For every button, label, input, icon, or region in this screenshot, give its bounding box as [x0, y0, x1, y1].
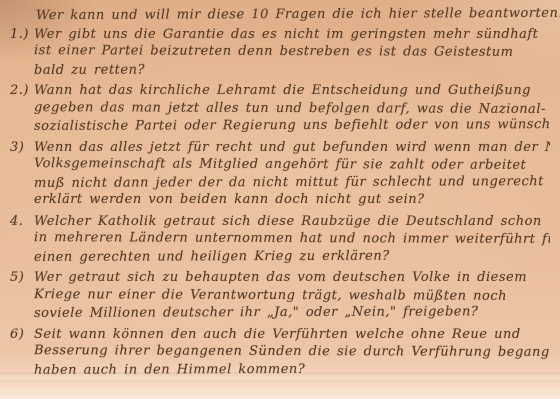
question-line: Welcher Katholik getraut sich diese Raub…: [34, 213, 550, 231]
question-line: Kriege nur einer die Verantwortung trägt…: [34, 286, 550, 305]
question-number: 2.): [8, 82, 34, 100]
question-number: 5): [8, 269, 34, 287]
question-item-6: 6) Seit wann können den auch die Verführ…: [8, 326, 550, 379]
question-line: bald zu retten?: [34, 60, 550, 79]
title-line: Wer kann und will mir diese 10 Fragen di…: [36, 5, 550, 25]
question-text: Wenn das alles jetzt für recht und gut b…: [34, 139, 550, 209]
question-line: Wer getraut sich zu behaupten das vom de…: [34, 269, 550, 287]
question-number: 3): [8, 139, 34, 157]
question-item-2: 2.) Wann hat das kirchliche Lehramt die …: [8, 82, 550, 135]
question-text: Seit wann können den auch die Verführten…: [34, 326, 550, 379]
question-line: Wer gibt uns die Garantie das es nicht i…: [34, 26, 550, 44]
question-line: ist einer Partei beizutreten denn bestre…: [34, 42, 550, 61]
question-line: Wenn das alles jetzt für recht und gut b…: [34, 139, 550, 157]
question-item-5: 5) Wer getraut sich zu behaupten das vom…: [8, 269, 550, 322]
question-text: Wer getraut sich zu behaupten das vom de…: [34, 269, 550, 322]
question-line: Besserung ihrer begangenen Sünden die si…: [34, 342, 550, 361]
handwritten-page: Wer kann und will mir diese 10 Fragen di…: [0, 0, 560, 399]
question-line: haben auch in den Himmel kommen?: [34, 360, 550, 379]
question-text: Wer gibt uns die Garantie das es nicht i…: [34, 26, 550, 79]
question-line: einen gerechten und heiligen Krieg zu er…: [34, 247, 550, 266]
question-number: 6): [8, 326, 34, 344]
question-line: soviele Millionen deutscher ihr „Ja," od…: [34, 303, 550, 322]
question-line: Wann hat das kirchliche Lehramt die Ents…: [34, 82, 550, 100]
question-number: 1.): [8, 26, 34, 44]
question-item-1: 1.) Wer gibt uns die Garantie das es nic…: [8, 26, 550, 79]
question-number: 4.: [8, 213, 34, 231]
question-item-4: 4. Welcher Katholik getraut sich diese R…: [8, 213, 550, 266]
question-text: Wann hat das kirchliche Lehramt die Ents…: [34, 82, 550, 135]
question-item-3: 3) Wenn das alles jetzt für recht und gu…: [8, 139, 550, 209]
question-line: gegeben das man jetzt alles tun und befo…: [34, 99, 550, 118]
question-line: Volksgemeinschaft als Mitglied angehört …: [34, 155, 550, 174]
question-line: Seit wann können den auch die Verführten…: [34, 326, 550, 344]
question-text: Welcher Katholik getraut sich diese Raub…: [34, 213, 550, 266]
question-line: in mehreren Ländern unternommen hat und …: [34, 229, 550, 248]
question-line: erklärt werden von beiden kann doch nich…: [34, 191, 550, 209]
question-line: sozialistische Partei oder Regierung uns…: [34, 116, 550, 135]
question-line: muß nicht dann jeder der da nicht mittut…: [34, 173, 550, 192]
